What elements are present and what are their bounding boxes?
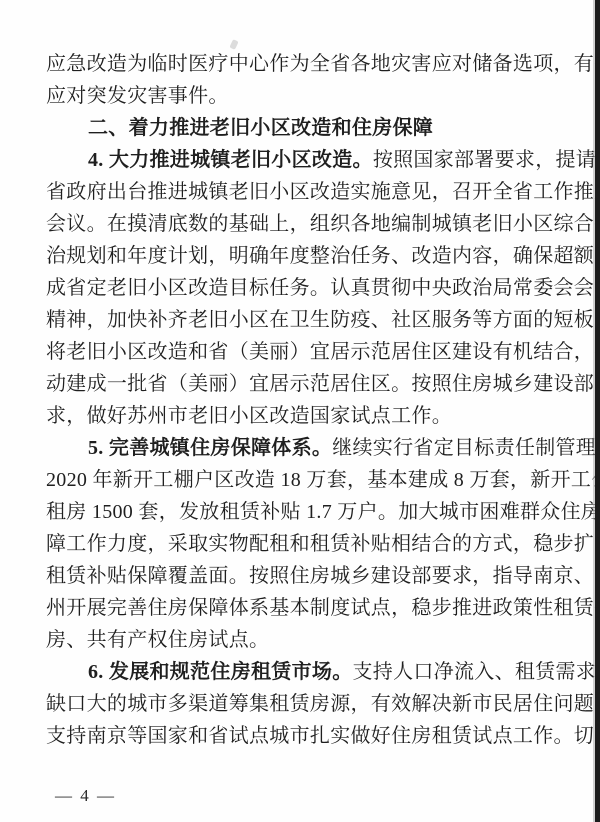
text-line: 治规划和年度计划，明确年度整治任务、改造内容，确保超额完 [46, 240, 546, 272]
body-text: 按照国家部署要求，提请 [373, 149, 596, 171]
text-line: 支持南京等国家和省试点城市扎实做好住房租赁试点工作。切实 [46, 720, 546, 752]
body-text: 缺口大的城市多渠道筹集租赁房源，有效解决新市民居住问题。 [46, 693, 600, 715]
text-line: 应急改造为临时医疗中心作为全省各地灾害应对储备选项，有效 [46, 48, 546, 80]
text-line: 6. 发展和规范住房租赁市场。支持人口净流入、租赁需求 [46, 656, 546, 688]
text-line: 4. 大力推进城镇老旧小区改造。按照国家部署要求，提请 [46, 144, 546, 176]
scan-page-edge-line [595, 0, 600, 822]
emphasized-text: 4. 大力推进城镇老旧小区改造。 [88, 149, 373, 171]
body-text: 将老旧小区改造和省（美丽）宜居示范居住区建设有机结合，推 [46, 341, 600, 363]
body-text: 成省定老旧小区改造目标任务。认真贯彻中央政治局常委会会议 [46, 277, 600, 299]
text-line: 租房 1500 套，发放租赁补贴 1.7 万户。加大城市困难群众住房保 [46, 496, 546, 528]
page-number-footer: — 4 — [55, 786, 116, 806]
emphasized-text: 二、着力推进老旧小区改造和住房保障 [88, 117, 433, 139]
section-heading: 二、着力推进老旧小区改造和住房保障 [46, 112, 546, 144]
text-line: 精神，加快补齐老旧小区在卫生防疫、社区服务等方面的短板。 [46, 304, 546, 336]
body-text: 会议。在摸清底数的基础上，组织各地编制城镇老旧小区综合整 [46, 213, 600, 235]
body-text: 支持南京等国家和省试点城市扎实做好住房租赁试点工作。切实 [46, 725, 600, 747]
body-text: 省政府出台推进城镇老旧小区改造实施意见，召开全省工作推进 [46, 181, 600, 203]
text-line: 障工作力度，采取实物配租和租赁补贴相结合的方式，稳步扩大 [46, 528, 546, 560]
body-text: 州开展完善住房保障体系基本制度试点，稳步推进政策性租赁住 [46, 597, 600, 619]
emphasized-text: 6. 发展和规范住房租赁市场。 [88, 661, 353, 683]
body-text: 支持人口净流入、租赁需求 [353, 661, 597, 683]
text-line: 5. 完善城镇住房保障体系。继续实行省定目标责任制管理， [46, 432, 546, 464]
text-line: 租赁补贴保障覆盖面。按照住房城乡建设部要求，指导南京、苏 [46, 560, 546, 592]
document-page: 应急改造为临时医疗中心作为全省各地灾害应对储备选项，有效应对突发灾害事件。二、着… [0, 0, 600, 822]
text-line: 会议。在摸清底数的基础上，组织各地编制城镇老旧小区综合整 [46, 208, 546, 240]
body-text: 房、共有产权住房试点。 [46, 629, 269, 651]
text-line: 房、共有产权住房试点。 [46, 624, 546, 656]
body-text: 租赁补贴保障覆盖面。按照住房城乡建设部要求，指导南京、苏 [46, 565, 600, 587]
text-line: 缺口大的城市多渠道筹集租赁房源，有效解决新市民居住问题。 [46, 688, 546, 720]
text-line: 省政府出台推进城镇老旧小区改造实施意见，召开全省工作推进 [46, 176, 546, 208]
body-text: 求，做好苏州市老旧小区改造国家试点工作。 [46, 405, 452, 427]
body-text: 2020 年新开工棚户区改造 18 万套，基本建成 8 万套，新开工公 [46, 469, 600, 491]
body-text: 精神，加快补齐老旧小区在卫生防疫、社区服务等方面的短板。 [46, 309, 600, 331]
text-line: 成省定老旧小区改造目标任务。认真贯彻中央政治局常委会会议 [46, 272, 546, 304]
text-line: 求，做好苏州市老旧小区改造国家试点工作。 [46, 400, 546, 432]
body-text: 租房 1500 套，发放租赁补贴 1.7 万户。加大城市困难群众住房保 [46, 501, 600, 523]
body-text: 继续实行省定目标责任制管理， [332, 437, 600, 459]
text-line: 2020 年新开工棚户区改造 18 万套，基本建成 8 万套，新开工公 [46, 464, 546, 496]
emphasized-text: 5. 完善城镇住房保障体系。 [88, 437, 332, 459]
body-text: 治规划和年度计划，明确年度整治任务、改造内容，确保超额完 [46, 245, 600, 267]
body-text: 应对突发灾害事件。 [46, 85, 229, 107]
body-text: 障工作力度，采取实物配租和租赁补贴相结合的方式，稳步扩大 [46, 533, 600, 555]
text-line: 动建成一批省（美丽）宜居示范居住区。按照住房城乡建设部要 [46, 368, 546, 400]
body-text: 应急改造为临时医疗中心作为全省各地灾害应对储备选项，有效 [46, 53, 600, 75]
text-line: 将老旧小区改造和省（美丽）宜居示范居住区建设有机结合，推 [46, 336, 546, 368]
text-line: 应对突发灾害事件。 [46, 80, 546, 112]
text-block: 应急改造为临时医疗中心作为全省各地灾害应对储备选项，有效应对突发灾害事件。二、着… [46, 48, 546, 752]
body-text: 动建成一批省（美丽）宜居示范居住区。按照住房城乡建设部要 [46, 373, 600, 395]
text-line: 州开展完善住房保障体系基本制度试点，稳步推进政策性租赁住 [46, 592, 546, 624]
